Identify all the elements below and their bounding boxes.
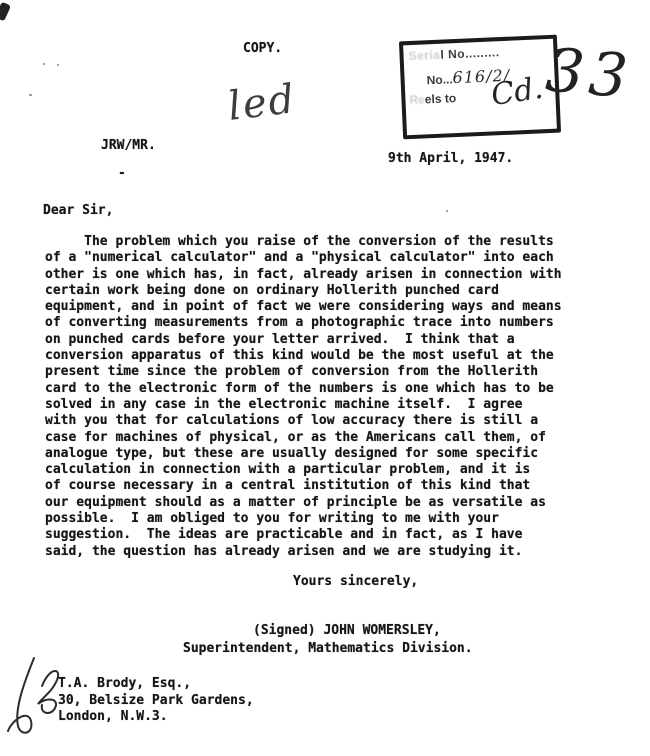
signature-title: Superintendent, Mathematics Division. [183, 641, 473, 656]
letter-date: 9th April, 1947. [388, 151, 513, 166]
stamp-refers-line: Reels to [409, 91, 456, 107]
handwritten-scribble: led [225, 76, 298, 130]
registry-stamp-box: Serial No......... No...616/2/ Reels to … [399, 35, 561, 140]
letter-body: The problem which you raise of the conve… [45, 234, 562, 560]
handwritten-initials-mark [0, 652, 80, 747]
reference-code: JRW/MR. [101, 138, 156, 153]
stamp-refers-faint-text: Re [409, 92, 425, 107]
copy-label: COPY. [243, 41, 282, 56]
reference-dash: - [118, 166, 126, 181]
signature-name: (Signed) JOHN WOMERSLEY, [253, 623, 441, 638]
scan-artifact-mark [0, 2, 11, 22]
scan-speck [446, 210, 448, 212]
scanned-letter-page: COPY. led Serial No......... No...616/2/… [0, 0, 650, 756]
stamp-number-label: No... [426, 72, 453, 87]
scan-speck [57, 64, 59, 66]
stamp-serial-faint-text: Seria [408, 48, 440, 63]
stamp-refers-label: els to [425, 91, 457, 106]
stamp-serial-label: l No......... [440, 45, 500, 62]
stamp-handwritten-initials: Cd. [489, 71, 545, 113]
closing-line: Yours sincerely, [293, 574, 418, 589]
folio-number: 33 [544, 40, 635, 107]
stamp-serial-line: Serial No......... [408, 45, 500, 63]
scan-speck [29, 94, 32, 96]
salutation: Dear Sir, [43, 203, 113, 218]
recipient-address: T.A. Brody, Esq., 30, Belsize Park Garde… [58, 676, 254, 726]
scan-speck [43, 63, 45, 65]
